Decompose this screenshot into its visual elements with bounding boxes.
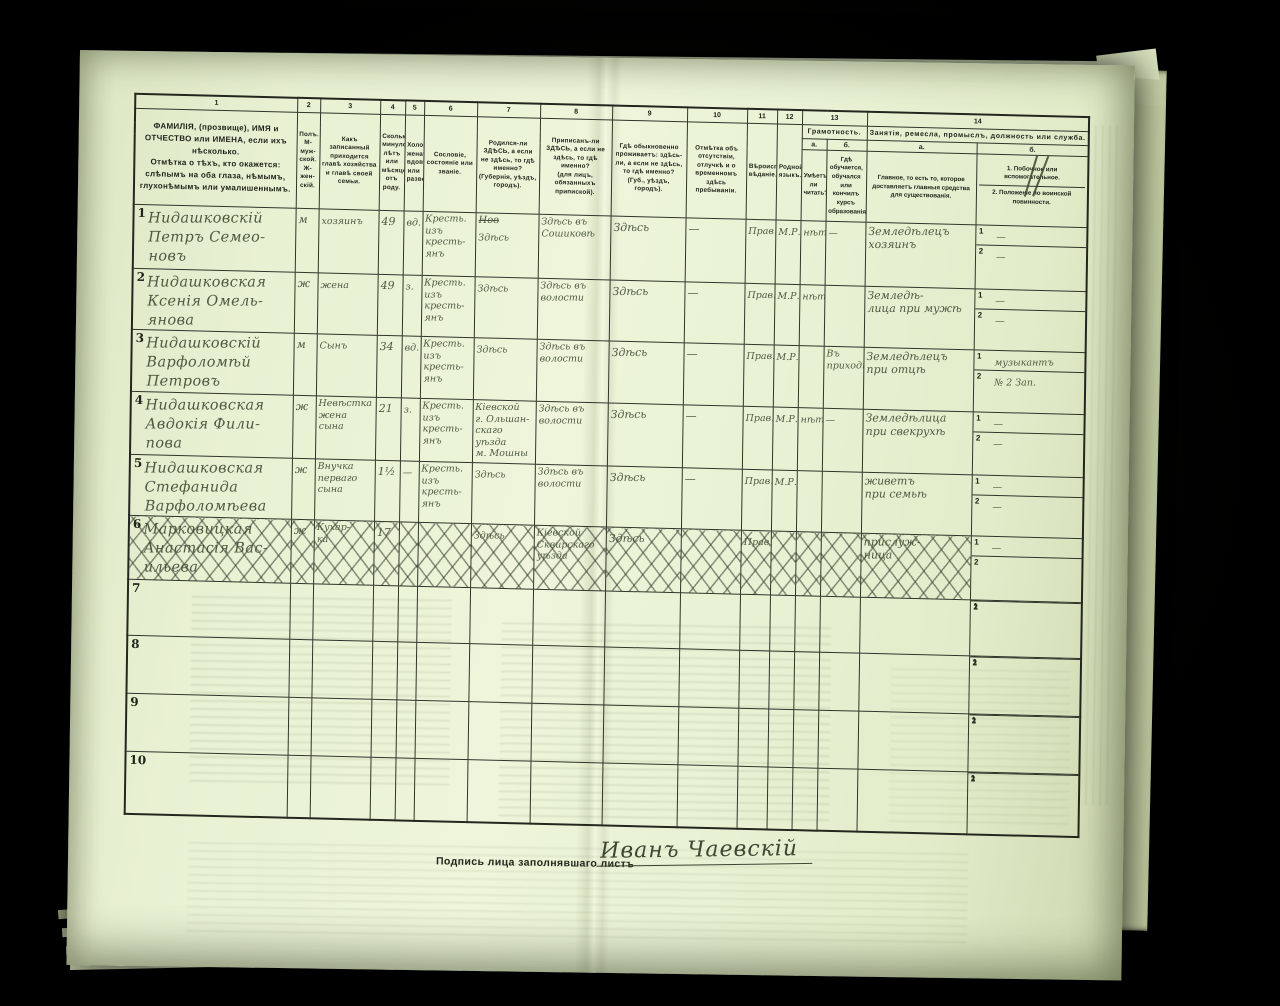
cell-birthplace: НовЗдѣсь — [475, 212, 539, 278]
handwritten-religion: Прав. — [748, 226, 776, 238]
handwritten-literacy_read: нѣтъ — [802, 291, 825, 303]
cell-literacy_read — [796, 470, 822, 532]
cell-registered: Здѣсь въ волости — [536, 339, 609, 403]
handwritten-side1: музыкантъ — [994, 358, 1053, 370]
cell-name: 5Нидашковская Стефанида Варфоломѣева — [129, 454, 292, 519]
header-side-occupation: 1. Побочное или вспомогательное. 2. Поло… — [976, 154, 1089, 227]
cell-marital: вд. — [401, 336, 421, 398]
handwritten-birthplace: Здѣсь — [473, 531, 504, 543]
handwritten-name: Нидашковскій Петръ Семео- новъ — [148, 209, 266, 266]
handwritten-name: Нидашковская Авдокія Фили- пова — [146, 397, 266, 454]
cell-absence — [677, 765, 738, 828]
col-number: 12 — [777, 110, 802, 125]
cell-religion — [739, 594, 770, 651]
printed-sub-label: 2 — [973, 603, 978, 612]
cell-literacy_school — [817, 768, 858, 831]
cell-literacy_read: нѣтъ — [800, 220, 826, 285]
cell-name: 10 — [125, 751, 288, 817]
cell-occupation_main — [857, 711, 968, 772]
printed-sub-label: 2 — [978, 310, 983, 319]
handwritten-estate: Кресть. изъ кресть- янъ — [421, 463, 469, 509]
handwritten-residence: Здѣсь — [609, 470, 645, 483]
col-number: 4 — [380, 100, 405, 115]
cell-estate — [416, 586, 470, 643]
cell-religion: Прав. — [743, 344, 774, 407]
cell-absence: — — [684, 282, 745, 345]
side-occupation-sub2: 2№ 2 Зап. — [974, 370, 1085, 393]
handwritten-side1: — — [991, 543, 1001, 555]
cell-religion — [737, 708, 768, 767]
cell-estate: Кресть. изъ кресть- янъ — [420, 337, 474, 400]
handwritten-birthplace: Здѣсь — [476, 345, 507, 357]
cell-religion: Прав. — [740, 530, 771, 595]
handwritten-marital: з. — [405, 281, 413, 293]
handwritten-residence: Здѣсь — [613, 221, 649, 234]
cell-literacy_read — [794, 596, 820, 653]
cell-registered — [530, 761, 603, 825]
header-side-occupation-line1: 1. Побочное или вспомогательное. — [1004, 165, 1060, 182]
cell-name: 4Нидашковская Авдокія Фили- пова — [130, 392, 293, 458]
cell-religion: Прав. — [744, 283, 775, 345]
cell-literacy_school — [820, 532, 861, 597]
cell-absence: — — [685, 218, 746, 283]
handwritten-estate: Кресть. изъ кресть- янъ — [425, 213, 473, 259]
handwritten-residence: Здѣсь — [611, 346, 647, 359]
handwritten-side1: — — [996, 232, 1006, 244]
handwritten-religion: Прав. — [746, 351, 774, 363]
cell-relation: жена — [317, 273, 378, 336]
cell-literacy_school: — — [825, 221, 866, 286]
cell-age: 1½ — [374, 460, 400, 522]
cell-birthplace — [469, 588, 533, 646]
handwritten-religion: Прав. — [747, 290, 775, 302]
header-can-read: Умѣетъ-ли читать? — [801, 150, 827, 221]
col-number: 3 — [320, 98, 380, 114]
census-table: 1 2 3 4 5 6 7 8 9 10 11 12 13 14 ФАМИЛІЯ… — [124, 93, 1090, 838]
printed-sub-label: 2 — [979, 246, 984, 255]
cell-occupation_main: Земледѣлица при свекрухѣ — [862, 409, 973, 474]
cell-absence: — — [682, 405, 743, 469]
cell-estate — [415, 642, 469, 701]
cell-relation: Внучка перваго сына — [314, 458, 375, 521]
handwritten-absence: — — [685, 410, 696, 423]
subheader-literacy-a: а. — [802, 139, 827, 151]
cell-birthplace: Здѣсь — [473, 338, 537, 402]
cell-absence: — — [681, 467, 742, 530]
handwritten-absence: — — [684, 472, 695, 485]
handwritten-registered: Здѣсь въ волости — [538, 404, 584, 427]
handwritten-literacy_school: — — [825, 415, 835, 427]
handwritten-literacy_read: нѣтъ — [800, 415, 823, 427]
printed-sub-label: 1 — [977, 352, 982, 361]
cell-birthplace: Здѣсь — [470, 524, 534, 590]
printed-sub-label: 2 — [975, 496, 980, 505]
header-sex: Полъ. М-муж-ской. Ж-жен-скій. — [296, 112, 320, 208]
row-number: 8 — [131, 637, 140, 651]
handwritten-side2: — — [995, 316, 1005, 328]
cell-absence — [678, 649, 739, 708]
handwritten-side2: — — [992, 502, 1002, 514]
row-number: 5 — [134, 455, 143, 469]
handwritten-marital: — — [402, 467, 412, 479]
header-where-educated: Гдѣ обучается, обучался или кончилъ курс… — [826, 150, 867, 222]
cell-occupation_main: Земледѣ- лица при мужѣ — [864, 286, 975, 350]
header-religion: Вѣроиспо-вѣданіе. — [746, 123, 777, 219]
row-number: 4 — [135, 393, 144, 407]
handwritten-age: 1½ — [377, 465, 395, 478]
cell-occupation_side: 1музыкантъ2№ 2 Зап. — [973, 350, 1086, 415]
handwritten-sex: ж — [294, 463, 307, 476]
handwritten-side2: — — [993, 439, 1003, 451]
cell-age: 49 — [378, 210, 404, 275]
handwritten-registered: Кіевской Сквирскаго уѣзда — [536, 528, 594, 563]
cell-occupation_main — [859, 597, 970, 656]
cell-name: 2Нидашковская Ксенія Омель- янова — [132, 268, 295, 333]
cell-registered: Здѣсь въ волости — [535, 401, 608, 465]
handwritten-occupation_main: Земледѣлецъ хозяинъ — [868, 224, 949, 251]
cell-registered: Кіевской Сквирскаго уѣзда — [533, 525, 606, 591]
cell-occupation_main — [858, 653, 969, 714]
cell-estate — [417, 522, 471, 587]
handwritten-registered: Здѣсь въ волости — [539, 342, 585, 365]
handwritten-age: 49 — [380, 279, 394, 292]
handwritten-age: 21 — [378, 402, 392, 415]
handwritten-literacy_school: — — [828, 228, 838, 240]
cell-religion: Прав. — [741, 469, 772, 531]
handwritten-religion: Прав. — [743, 537, 771, 549]
cell-occupation_side: 12 — [969, 600, 1082, 659]
cell-occupation_main: Земледѣлецъ хозяинъ — [865, 222, 976, 289]
cell-name: 3Нидашковскій Варфоломѣй Петровъ — [131, 330, 294, 396]
row-number: 9 — [130, 695, 139, 709]
handwritten-name: Нидашковскій Варфоломѣй Петровъ — [146, 335, 261, 392]
handwritten-occupation_main: Земледѣлецъ при отцѣ — [866, 350, 947, 377]
handwritten-birthplace: Кіевской г. Ольшан- скаго уѣзда м. Мошны — [475, 402, 534, 460]
row-number: 3 — [136, 331, 145, 345]
handwritten-literacy_school: Въ приходѣ — [826, 349, 864, 372]
handwritten-religion: Прав. — [744, 476, 772, 488]
printed-sub-label: 2 — [972, 717, 977, 726]
cell-birthplace — [467, 760, 531, 824]
cell-literacy_read — [793, 652, 819, 711]
cell-marital — [397, 586, 417, 642]
row-number: 1 — [137, 206, 146, 220]
cell-age: 49 — [377, 274, 403, 336]
cell-literacy_school — [824, 285, 865, 348]
cell-estate: Кресть. изъ кресть- янъ — [418, 461, 472, 524]
cell-marital: з. — [402, 275, 422, 337]
handwritten-registered: Здѣсь въ волости — [537, 466, 583, 489]
cell-registered: Здѣсь въ Сошиковѣ — [538, 214, 611, 280]
handwritten-occupation_main: Земледѣ- лица при мужѣ — [867, 289, 961, 316]
cell-occupation_side: 1—2— — [975, 225, 1088, 292]
handwritten-relation: Внучка перваго сына — [317, 460, 357, 495]
cell-occupation_main: прислуж- ница — [860, 533, 971, 600]
cell-language — [767, 767, 793, 830]
handwritten-side1: — — [992, 482, 1002, 494]
printed-sub-label: 1 — [979, 226, 984, 235]
cell-relation — [311, 698, 372, 757]
cell-birthplace: Здѣсь — [471, 462, 535, 525]
cell-residence — [603, 647, 679, 707]
cell-residence: Здѣсь — [609, 280, 685, 343]
cell-language: М.Р. — [772, 407, 798, 470]
handwritten-relation: Кухар- ка — [316, 522, 349, 545]
handwritten-side2: — — [995, 252, 1005, 264]
handwritten-side1: — — [993, 419, 1003, 431]
cell-absence — [677, 707, 738, 766]
handwritten-registered: Здѣсь въ Сошиковѣ — [541, 216, 595, 239]
printed-sub-label: 2 — [977, 372, 982, 381]
handwritten-language: М.Р. — [776, 352, 798, 364]
cell-language — [770, 531, 796, 596]
handwritten-language: М.Р. — [775, 414, 797, 426]
cell-absence — [680, 529, 741, 594]
cell-estate — [414, 758, 468, 821]
row-number: 7 — [132, 581, 141, 595]
cell-religion — [738, 650, 769, 709]
cell-occupation_main — [857, 769, 968, 834]
census-form-page: 1 2 3 4 5 6 7 8 9 10 11 12 13 14 ФАМИЛІЯ… — [66, 50, 1134, 981]
handwritten-birthplace: Здѣсь — [477, 283, 508, 295]
row-number: 2 — [137, 270, 146, 284]
cell-language: М.Р. — [775, 220, 801, 285]
cell-literacy_school: — — [822, 408, 863, 471]
cell-birthplace: Здѣсь — [474, 276, 538, 339]
row-number: 10 — [129, 753, 146, 767]
cell-occupation_main: Земледѣлецъ при отцѣ — [863, 347, 974, 412]
cell-relation: Кухар- ка — [313, 520, 374, 585]
cell-residence: Здѣсь — [605, 527, 681, 593]
header-estate: Сословіе, состояніе или званіе. — [423, 115, 477, 212]
cell-occupation_side: 1—2— — [972, 412, 1085, 477]
cell-literacy_school — [821, 471, 862, 534]
header-age: Сколько минуло лѣтъ или мѣсяцевъ отъ род… — [379, 114, 405, 210]
handwritten-name: Марковицкая Анастасія Вас- ильева — [144, 521, 269, 578]
handwritten-sex: ж — [297, 277, 310, 290]
cell-language — [769, 595, 795, 652]
cell-age — [371, 699, 397, 758]
printed-sub-label: 2 — [976, 434, 981, 443]
handwritten-residence: Здѣсь — [612, 285, 648, 298]
printed-sub-label: 1 — [976, 414, 981, 423]
cell-marital — [398, 522, 418, 586]
handwritten-sex: ж — [295, 400, 308, 413]
col-number: 5 — [405, 100, 424, 115]
header-relation: Какъ записанный приходится главѣ хозяйст… — [319, 113, 380, 210]
cell-literacy_school — [818, 652, 859, 711]
cell-sex: м — [293, 334, 317, 397]
handwritten-residence: Здѣсь — [610, 408, 646, 421]
cell-name: 1Нидашковскій Петръ Семео- новъ — [133, 204, 296, 272]
handwritten-absence: — — [686, 348, 697, 361]
cell-religion: Прав. — [745, 219, 776, 284]
cell-residence: Здѣсь — [606, 465, 682, 528]
handwritten-religion: Прав. — [745, 413, 773, 425]
handwritten-residence: Здѣсь — [608, 532, 644, 545]
photograph-background: 1 2 3 4 5 6 7 8 9 10 11 12 13 14 ФАМИЛІЯ… — [0, 0, 1280, 1006]
handwritten-occupation_main: живетъ при семьѣ — [864, 474, 926, 501]
cell-sex: ж — [292, 395, 316, 458]
cell-registered — [531, 645, 604, 705]
cell-literacy_read — [792, 768, 818, 831]
cell-sex: ж — [291, 458, 315, 520]
cell-residence — [604, 591, 680, 649]
cell-absence — [679, 593, 740, 650]
header-name-column: ФАМИЛІЯ, (прозвище), ИМЯ и ОТЧЕСТВО или … — [134, 108, 297, 208]
side-occupation-sub2: 2— — [972, 494, 1083, 517]
cell-occupation_side: 1—2 — [970, 536, 1083, 603]
cell-occupation_side: 1—2— — [971, 474, 1084, 538]
handwritten-relation: Невѣстка жена сына — [318, 398, 372, 433]
cell-language: М.Р. — [774, 284, 800, 346]
cell-residence — [602, 705, 678, 765]
handwritten-sex: м — [298, 213, 307, 226]
cell-literacy_read: нѣтъ — [799, 284, 825, 346]
cell-occupation_side: 12 — [966, 772, 1079, 837]
cell-marital — [396, 700, 416, 758]
cell-sex: ж — [290, 519, 314, 584]
printed-sub-label: 1 — [974, 538, 979, 547]
cell-age: 34 — [376, 336, 402, 399]
cell-literacy_read — [792, 710, 818, 769]
cell-residence — [602, 763, 678, 827]
cell-relation: хозяинъ — [318, 209, 379, 274]
cell-age — [370, 757, 396, 820]
cell-name: 9 — [126, 693, 289, 755]
handwritten-side1: — — [995, 296, 1005, 308]
col-number: 7 — [477, 102, 540, 118]
handwritten-language: М.Р. — [778, 227, 800, 239]
handwritten-absence: — — [687, 286, 698, 299]
cell-relation — [312, 584, 373, 641]
cell-age: 17 — [373, 521, 399, 586]
col-number: 2 — [297, 98, 320, 113]
cell-registered: Здѣсь въ волости — [537, 278, 610, 341]
cell-language — [768, 651, 794, 710]
handwritten-name: Нидашковская Ксенія Омель- янова — [147, 273, 267, 330]
cell-estate: Кресть. изъ кресть- янъ — [421, 275, 475, 338]
cell-registered — [530, 703, 603, 763]
cell-marital — [396, 642, 416, 700]
handwritten-registered: Здѣсь въ волости — [540, 280, 586, 303]
cell-registered — [532, 589, 605, 647]
printed-sub-label: 2 — [971, 774, 976, 783]
handwritten-name: Нидашковская Стефанида Варфоломѣева — [145, 459, 267, 516]
handwritten-signature: Иванъ Чаевскій — [596, 836, 812, 867]
cell-birthplace — [468, 644, 532, 704]
cell-relation — [311, 640, 372, 699]
cell-birthplace — [468, 702, 532, 762]
cell-birthplace: Кіевской г. Ольшан- скаго уѣзда м. Мошны — [472, 400, 536, 464]
handwritten-age: 34 — [379, 340, 393, 353]
handwritten-side2: № 2 Зап. — [994, 378, 1036, 390]
handwritten-sex: ж — [293, 524, 306, 537]
cell-sex — [289, 583, 313, 640]
handwritten-occupation_main: Земледѣлица при свекрухѣ — [865, 412, 946, 439]
handwritten-absence: — — [688, 222, 699, 235]
printed-sub-label: 1 — [975, 476, 980, 485]
handwritten-birthplace: Здѣсь — [478, 233, 509, 245]
cell-sex: ж — [294, 272, 318, 334]
printed-sub-label: 1 — [978, 290, 983, 299]
cell-sex: м — [295, 208, 319, 273]
handwritten-age: 17 — [376, 526, 390, 539]
cell-literacy_read — [798, 346, 824, 409]
cell-name: 6Марковицкая Анастасія Вас- ильева — [128, 515, 291, 583]
cell-relation: Невѣстка жена сына — [315, 396, 376, 460]
handwritten-marital: вд. — [404, 343, 419, 355]
cell-marital: з. — [400, 398, 420, 461]
row-number: 6 — [133, 517, 142, 531]
cell-occupation_side: 12 — [967, 714, 1080, 775]
cell-registered: Здѣсь въ волости — [534, 464, 607, 527]
cell-religion — [737, 766, 768, 829]
cell-sex — [287, 755, 311, 818]
side-occupation-sub2: 2— — [975, 244, 1086, 267]
cell-occupation_side: 12 — [968, 656, 1081, 717]
cell-literacy_read — [795, 532, 821, 597]
cell-occupation_side: 1—2— — [974, 289, 1087, 353]
handwritten-language: М.Р. — [777, 291, 799, 303]
side-occupation-sub2: 2— — [974, 308, 1085, 331]
header-residence: Гдѣ обыкновенно проживаетъ: здѣсь-ли, а … — [611, 120, 687, 218]
header-military-status-line: 2. Положеніе по воинской повинности. — [978, 184, 1085, 208]
cell-estate: Кресть. изъ кресть- янъ — [419, 399, 473, 463]
cell-literacy_school — [817, 710, 858, 769]
cell-sex — [288, 697, 312, 756]
cell-absence: — — [683, 343, 744, 406]
col-number: 6 — [424, 101, 477, 117]
handwritten-sex: м — [296, 338, 305, 351]
handwritten-relation: Сынъ — [319, 341, 347, 353]
cell-marital: — — [399, 460, 419, 522]
cell-marital — [395, 758, 415, 820]
cell-residence: Здѣсь — [610, 216, 686, 282]
handwritten-occupation_main: прислуж- ница — [863, 536, 920, 563]
handwritten-marital: вд. — [406, 217, 421, 229]
cell-literacy_school — [819, 596, 860, 653]
cell-literacy_school: Въ приходѣ — [823, 346, 864, 409]
handwritten-age: 49 — [381, 215, 395, 228]
printed-sub-label: 2 — [972, 659, 977, 668]
handwritten-marital: з. — [403, 405, 411, 417]
handwritten-language: М.Р. — [774, 476, 796, 488]
header-main-occupation: Главное, то есть то, которое доставляетъ… — [866, 151, 977, 224]
cell-language: М.Р. — [771, 470, 797, 532]
printed-sub-label: 2 — [974, 558, 979, 567]
handwritten-birthplace: Здѣсь — [474, 469, 505, 481]
cell-relation: Сынъ — [316, 334, 377, 397]
header-absence-note: Отмѣтка объ отсутствіи, отлучкѣ и о врем… — [686, 122, 747, 219]
cell-estate — [415, 700, 469, 759]
header-registration: Приписанъ-ли ЗДѢСЬ, а если не здѣсь, то … — [539, 118, 612, 215]
col-number: 11 — [747, 109, 777, 124]
cell-age — [371, 641, 397, 700]
cell-residence: Здѣсь — [607, 403, 683, 467]
cell-estate: Кресть. изъ кресть- янъ — [422, 211, 476, 276]
cell-occupation_main: живетъ при семьѣ — [861, 472, 972, 536]
cell-residence: Здѣсь — [608, 341, 684, 405]
col-number: 10 — [687, 107, 747, 123]
cell-sex — [288, 639, 312, 698]
header-native-language: Родной языкъ. — [776, 124, 802, 220]
cell-language — [767, 709, 793, 768]
cell-religion: Прав. — [742, 406, 773, 469]
handwritten-relation: хозяинъ — [321, 216, 362, 228]
handwritten-literacy_read: нѣтъ — [803, 227, 826, 239]
cell-relation — [310, 756, 371, 819]
